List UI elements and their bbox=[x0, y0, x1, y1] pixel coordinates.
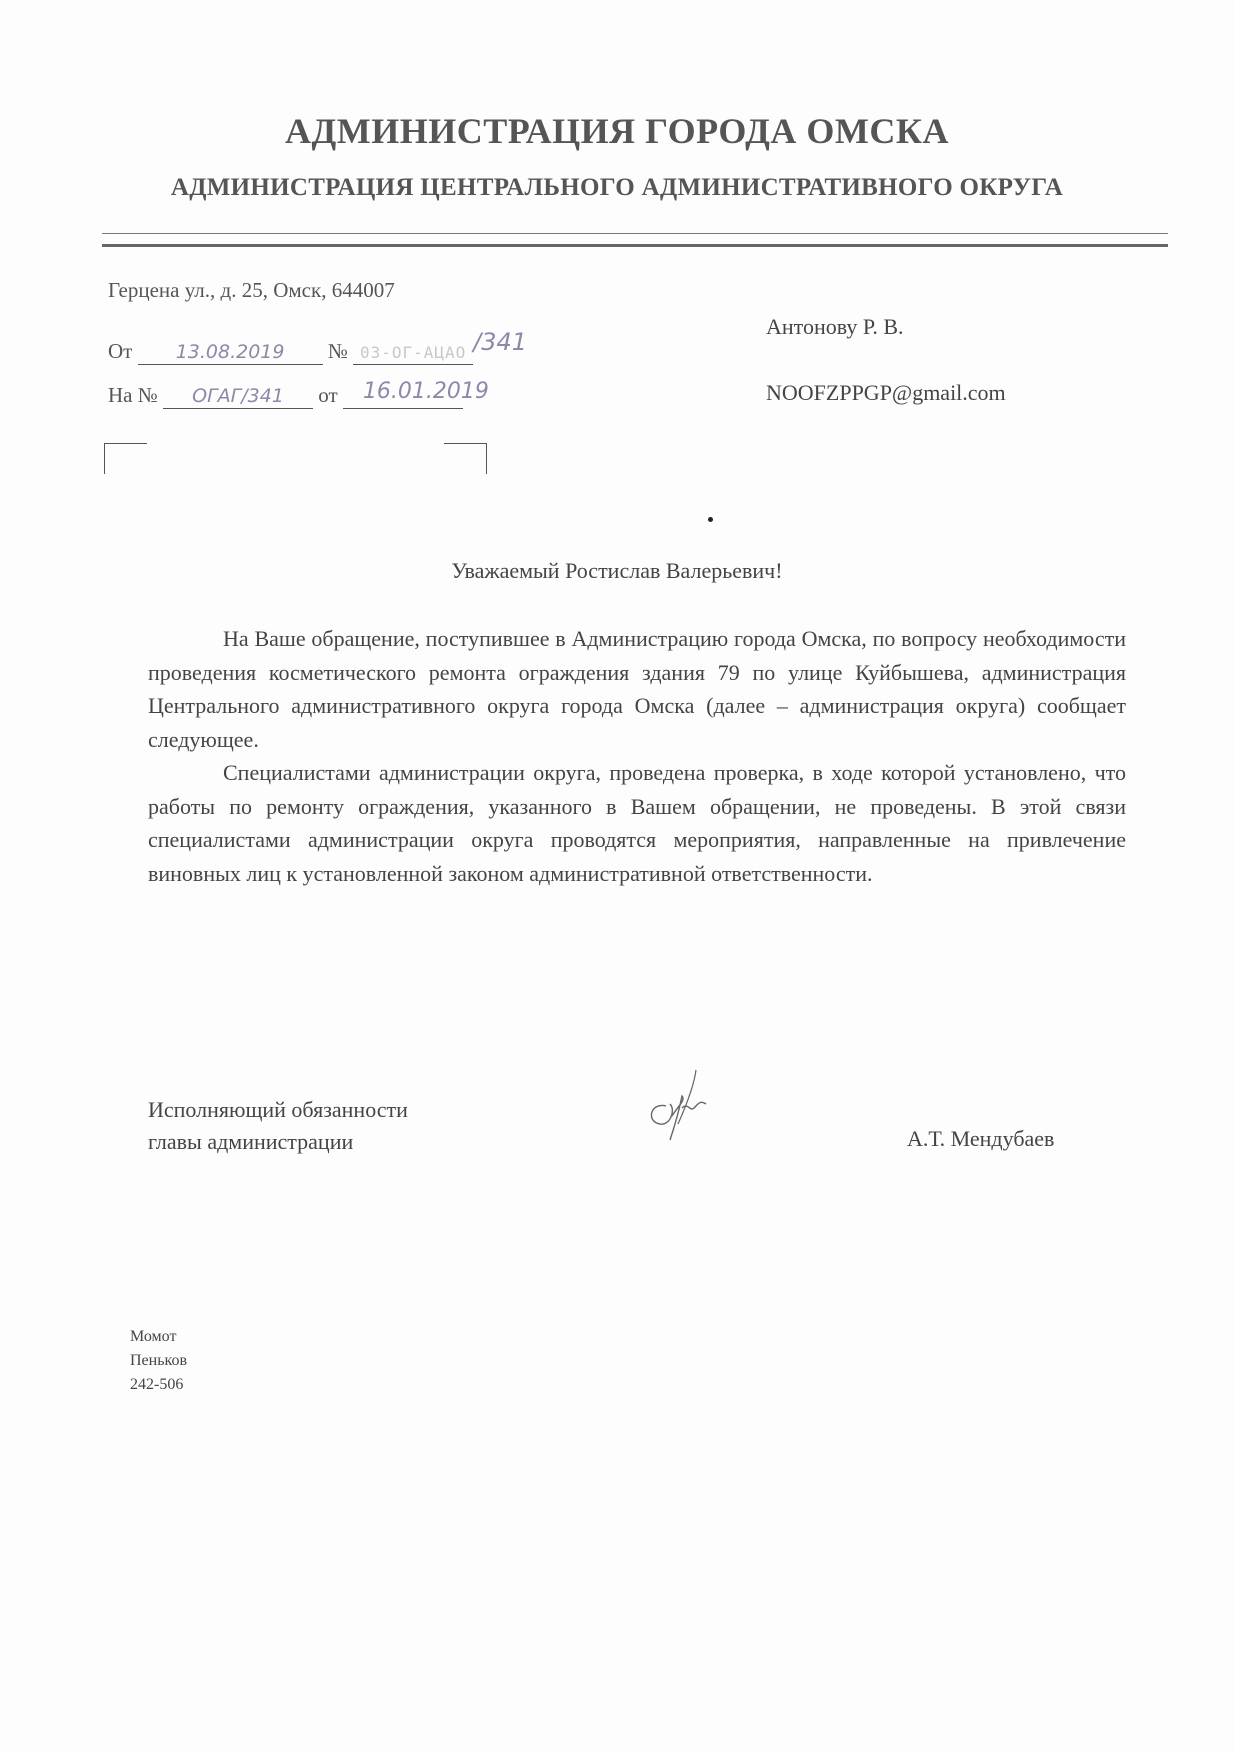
reply-date-value: 16.01.2019 bbox=[363, 379, 489, 404]
reply-date-label: от bbox=[318, 383, 337, 407]
position-line-2: главы администрации bbox=[148, 1126, 408, 1158]
paragraph-1: На Ваше обращение, поступившее в Админис… bbox=[148, 622, 1126, 756]
position-line-1: Исполняющий обязанности bbox=[148, 1094, 408, 1126]
from-date-field: 13.08.2019 bbox=[138, 339, 323, 365]
outgoing-number-field: 03-ОГ-АЦАО bbox=[353, 339, 473, 365]
executor-line-2: Пеньков bbox=[130, 1349, 187, 1373]
address-corner-right bbox=[444, 443, 487, 474]
reply-requisites-row: На № ОГАГ/341 от 16.01.2019 bbox=[108, 383, 463, 409]
org-main-title: АДМИНИСТРАЦИЯ ГОРОДА ОМСКА bbox=[0, 110, 1234, 152]
reply-date-field: 16.01.2019 bbox=[343, 383, 463, 409]
executor-block: Момот Пеньков 242-506 bbox=[130, 1325, 187, 1397]
header-divider-thick bbox=[102, 244, 1168, 247]
signer-position: Исполняющий обязанности главы администра… bbox=[148, 1094, 408, 1158]
scan-dot bbox=[708, 517, 713, 522]
reply-number-field: ОГАГ/341 bbox=[163, 383, 313, 409]
recipient-email: NOOFZPPGP@gmail.com bbox=[766, 380, 1006, 406]
executor-line-1: Момот bbox=[130, 1325, 187, 1349]
from-date-value: 13.08.2019 bbox=[176, 341, 285, 363]
outgoing-number-stamp: 03-ОГ-АЦАО bbox=[360, 343, 466, 362]
number-label: № bbox=[328, 339, 348, 363]
outgoing-number-hand: /341 bbox=[473, 328, 527, 356]
reply-number-value: ОГАГ/341 bbox=[192, 385, 284, 407]
signer-name: А.Т. Мендубаев bbox=[907, 1126, 1054, 1152]
recipient-name: Антонову Р. В. bbox=[766, 314, 904, 340]
address-corner-left bbox=[104, 443, 147, 474]
salutation: Уважаемый Ростислав Валерьевич! bbox=[0, 558, 1234, 584]
paragraph-2: Специалистами администрации округа, пров… bbox=[148, 756, 1126, 890]
from-label: От bbox=[108, 339, 132, 363]
handwritten-signature-icon bbox=[636, 1066, 726, 1146]
org-sub-title: АДМИНИСТРАЦИЯ ЦЕНТРАЛЬНОГО АДМИНИСТРАТИВ… bbox=[0, 174, 1234, 202]
letter-body: На Ваше обращение, поступившее в Админис… bbox=[148, 622, 1126, 890]
org-address: Герцена ул., д. 25, Омск, 644007 bbox=[108, 278, 395, 303]
executor-phone: 242-506 bbox=[130, 1373, 187, 1397]
outgoing-requisites-row: От 13.08.2019 № 03-ОГ-АЦАО/341 bbox=[108, 336, 527, 365]
reply-label: На № bbox=[108, 383, 158, 407]
header-divider-thin bbox=[102, 233, 1168, 234]
